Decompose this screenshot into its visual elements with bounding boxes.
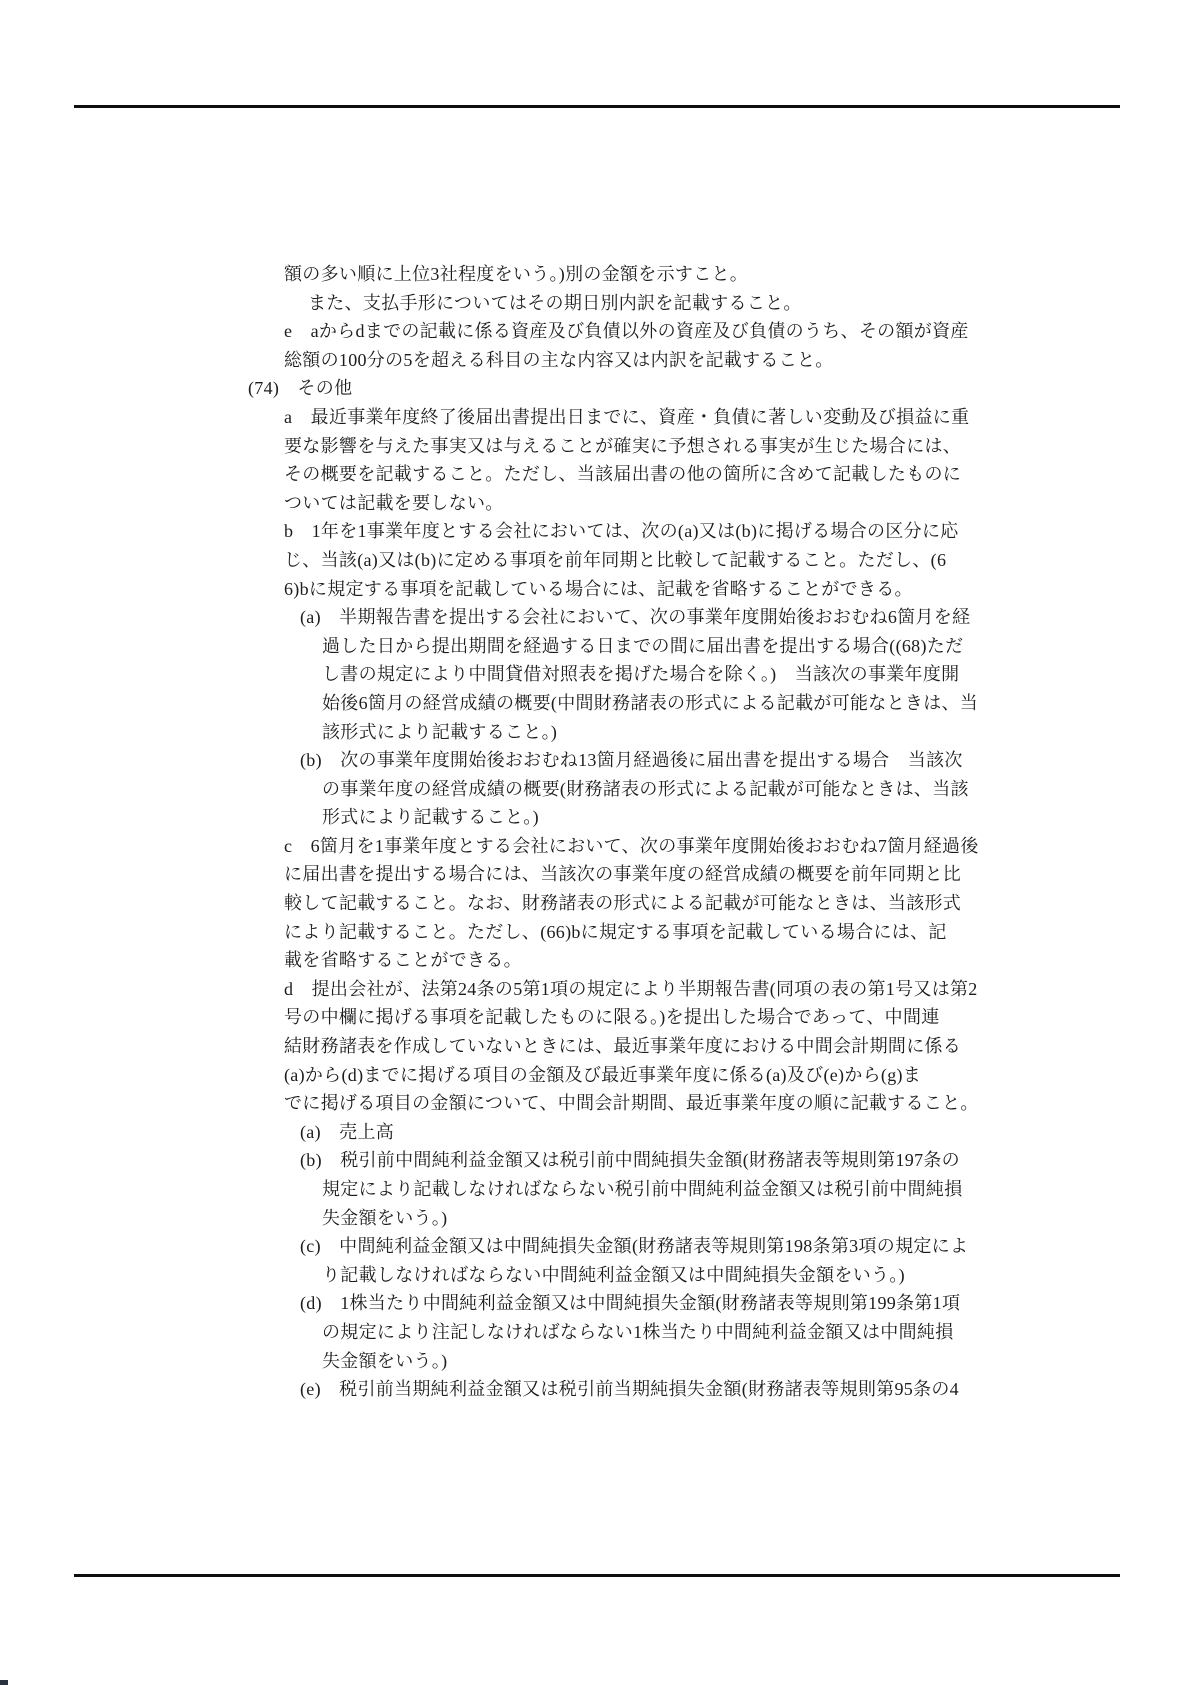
text-line: 要な影響を与えた事実又は与えることが確実に予想される事実が生じた場合には、 bbox=[0, 432, 1192, 461]
text-line: 号の中欄に掲げる事項を記載したものに限る。)を提出した場合であって、中間連 bbox=[0, 1003, 1192, 1032]
text-line: の事業年度の経営成績の概要(財務諸表の形式による記載が可能なときは、当該 bbox=[0, 775, 1192, 804]
text-line: し書の規定により中間貸借対照表を掲げた場合を除く。) 当該次の事業年度開 bbox=[0, 660, 1192, 689]
text-line: 失金額をいう。) bbox=[0, 1347, 1192, 1376]
text-line: 較して記載すること。なお、財務諸表の形式による記載が可能なときは、当該形式 bbox=[0, 889, 1192, 918]
text-line: 始後6箇月の経営成績の概要(中間財務諸表の形式による記載が可能なときは、当 bbox=[0, 689, 1192, 718]
text-line: の規定により注記しなければならない1株当たり中間純利益金額又は中間純損 bbox=[0, 1318, 1192, 1347]
text-line: 形式により記載すること。) bbox=[0, 803, 1192, 832]
text-line: a 最近事業年度終了後届出書提出日までに、資産・負債に著しい変動及び損益に重 bbox=[0, 403, 1192, 432]
text-line: 該形式により記載すること。) bbox=[0, 718, 1192, 747]
text-line: また、支払手形についてはその期日別内訳を記載すること。 bbox=[0, 289, 1192, 318]
bottom-rule bbox=[74, 1574, 1120, 1577]
text-line: り記載しなければならない中間純利益金額又は中間純損失金額をいう。) bbox=[0, 1261, 1192, 1290]
top-rule bbox=[74, 105, 1120, 108]
text-line: e aからdまでの記載に係る資産及び負債以外の資産及び負債のうち、その額が資産 bbox=[0, 317, 1192, 346]
text-line: (b) 次の事業年度開始後おおむね13箇月経過後に届出書を提出する場合 当該次 bbox=[0, 746, 1192, 775]
text-line: 総額の100分の5を超える科目の主な内容又は内訳を記載すること。 bbox=[0, 346, 1192, 375]
text-line: により記載すること。ただし、(66)bに規定する事項を記載している場合には、記 bbox=[0, 918, 1192, 947]
text-line: (d) 1株当たり中間純利益金額又は中間純損失金額(財務諸表等規則第199条第1… bbox=[0, 1289, 1192, 1318]
document-body: 額の多い順に上位3社程度をいう。)別の金額を示すこと。また、支払手形についてはそ… bbox=[0, 260, 1192, 1404]
text-line: その概要を記載すること。ただし、当該届出書の他の箇所に含めて記載したものに bbox=[0, 460, 1192, 489]
text-line: 結財務諸表を作成していないときには、最近事業年度における中間会計期間に係る bbox=[0, 1032, 1192, 1061]
text-line: b 1年を1事業年度とする会社においては、次の(a)又は(b)に掲げる場合の区分… bbox=[0, 517, 1192, 546]
text-line: 失金額をいう。) bbox=[0, 1204, 1192, 1233]
text-line: でに掲げる項目の金額について、中間会計期間、最近事業年度の順に記載すること。 bbox=[0, 1089, 1192, 1118]
text-line: (b) 税引前中間純利益金額又は税引前中間純損失金額(財務諸表等規則第197条の bbox=[0, 1146, 1192, 1175]
text-line: (a) 半期報告書を提出する会社において、次の事業年度開始後おおむね6箇月を経 bbox=[0, 603, 1192, 632]
document-page: 額の多い順に上位3社程度をいう。)別の金額を示すこと。また、支払手形についてはそ… bbox=[0, 0, 1192, 1685]
text-line: (a) 売上高 bbox=[0, 1118, 1192, 1147]
text-line: (c) 中間純利益金額又は中間純損失金額(財務諸表等規則第198条第3項の規定に… bbox=[0, 1232, 1192, 1261]
text-line: d 提出会社が、法第24条の5第1項の規定により半期報告書(同項の表の第1号又は… bbox=[0, 975, 1192, 1004]
scan-artifact bbox=[0, 1680, 8, 1685]
text-line: c 6箇月を1事業年度とする会社において、次の事業年度開始後おおむね7箇月経過後 bbox=[0, 832, 1192, 861]
text-line: 6)bに規定する事項を記載している場合には、記載を省略することができる。 bbox=[0, 575, 1192, 604]
text-line: 規定により記載しなければならない税引前中間純利益金額又は税引前中間純損 bbox=[0, 1175, 1192, 1204]
text-line: ついては記載を要しない。 bbox=[0, 489, 1192, 518]
text-line: 載を省略することができる。 bbox=[0, 946, 1192, 975]
text-line: (a)から(d)までに掲げる項目の金額及び最近事業年度に係る(a)及び(e)から… bbox=[0, 1061, 1192, 1090]
text-line: 額の多い順に上位3社程度をいう。)別の金額を示すこと。 bbox=[0, 260, 1192, 289]
text-line: (74) その他 bbox=[0, 374, 1192, 403]
text-line: 過した日から提出期間を経過する日までの間に届出書を提出する場合((68)ただ bbox=[0, 632, 1192, 661]
text-line: に届出書を提出する場合には、当該次の事業年度の経営成績の概要を前年同期と比 bbox=[0, 860, 1192, 889]
text-line: (e) 税引前当期純利益金額又は税引前当期純損失金額(財務諸表等規則第95条の4 bbox=[0, 1375, 1192, 1404]
text-line: じ、当該(a)又は(b)に定める事項を前年同期と比較して記載すること。ただし、(… bbox=[0, 546, 1192, 575]
